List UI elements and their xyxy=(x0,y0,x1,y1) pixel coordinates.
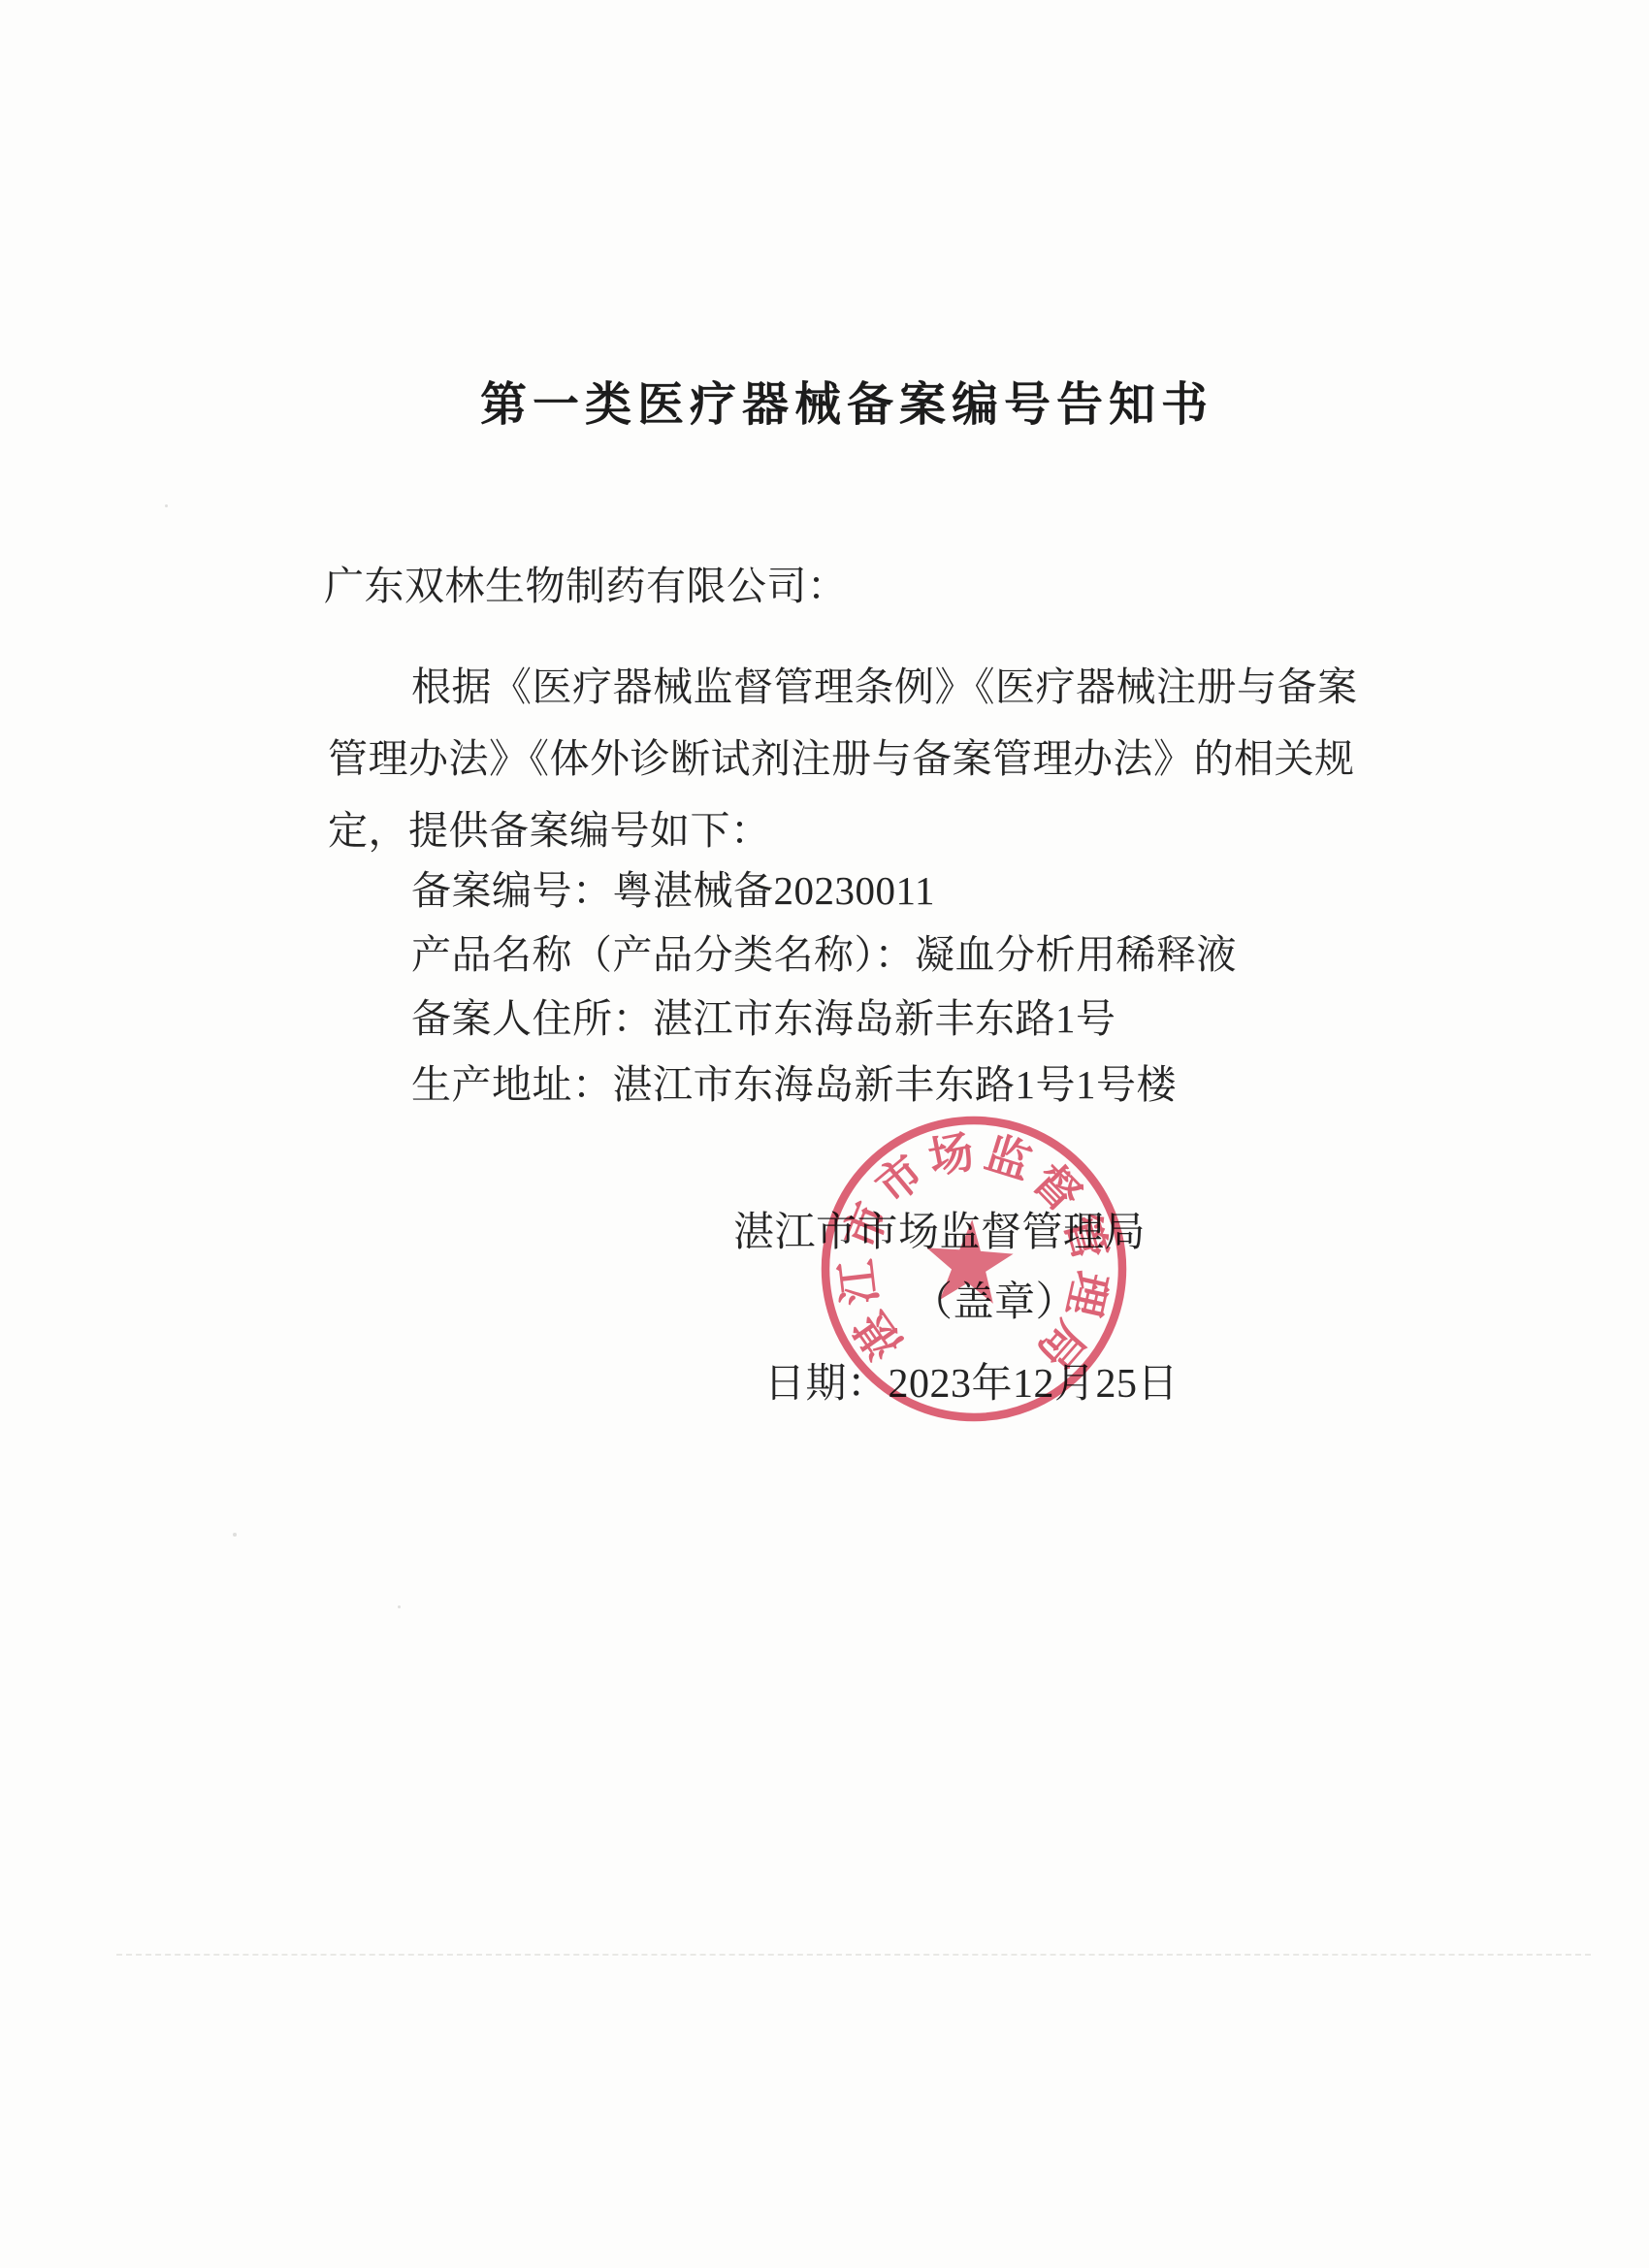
body-paragraph-line-1: 根据《医疗器械监督管理条例》《医疗器械注册与备案 xyxy=(411,667,1358,707)
addressee-line: 广东双林生物制药有限公司： xyxy=(324,567,848,606)
scan-speck xyxy=(398,1605,401,1608)
scan-speck xyxy=(165,504,168,507)
body-paragraph-line-3: 定，提供备案编号如下： xyxy=(328,811,771,851)
scan-speck xyxy=(233,1533,237,1537)
registrant-address-line: 备案人住所：湛江市东海岛新丰东路1号 xyxy=(411,999,1116,1039)
record-number-line: 备案编号：粤湛械备20230011 xyxy=(411,871,935,911)
star-icon xyxy=(923,1216,1016,1305)
body-paragraph-line-2: 管理办法》《体外诊断试剂注册与备案管理办法》的相关规 xyxy=(328,739,1355,779)
seal-ring-char: 监 xyxy=(980,1127,1037,1188)
seal-ring-char: 管 xyxy=(1055,1209,1116,1265)
scan-artifact-line xyxy=(116,1954,1591,1956)
seal-ring-char: 理 xyxy=(1058,1267,1117,1321)
seal-ring-char: 江 xyxy=(830,1257,886,1308)
document-page: 第一类医疗器械备案编号告知书 广东双林生物制药有限公司： 根据《医疗器械监督管理… xyxy=(0,0,1649,2268)
document-title: 第一类医疗器械备案编号告知书 xyxy=(0,382,1649,429)
product-name-line: 产品名称（产品分类名称）：凝血分析用稀释液 xyxy=(411,935,1237,975)
official-seal-stamp: 湛江市市场监督管理局 xyxy=(797,1092,1150,1445)
seal-ring-char: 场 xyxy=(924,1125,978,1183)
